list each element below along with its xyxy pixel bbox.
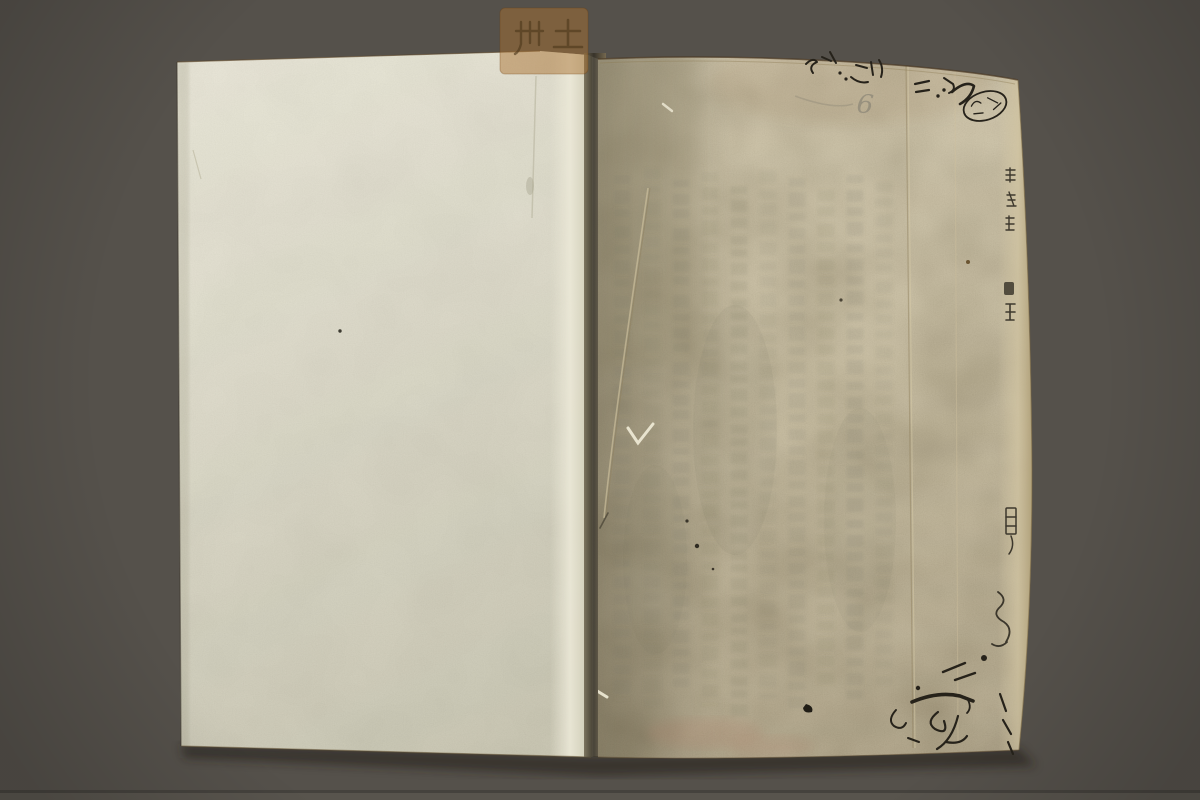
book-photograph: 6	[0, 0, 1200, 800]
photo-vignette	[0, 0, 1200, 800]
book-photo-svg: 6	[0, 0, 1200, 800]
